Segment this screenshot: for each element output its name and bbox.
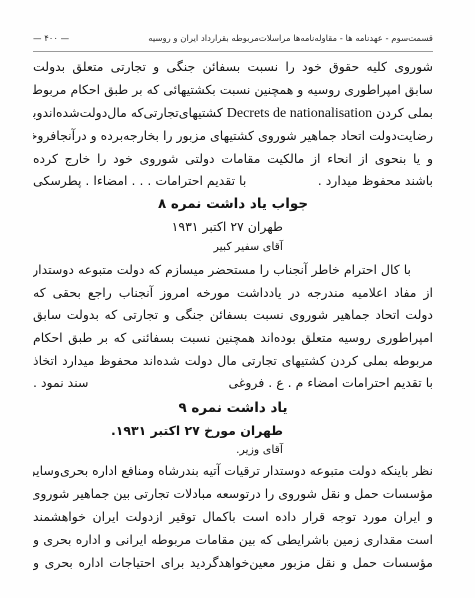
document-page: قسمت‌سوم - عهدنامه ها - مقاوله‌نامه‌ها م… <box>0 0 475 598</box>
body-line: سابق امپراطوری روسیه و همچنین نسبت بکشتی… <box>33 80 433 100</box>
body-text: باشند محفوظ میدارد . <box>318 171 433 191</box>
letter-date: طهران مورخ ۲۷ اکتبر ۱۹۳۱. <box>33 421 433 441</box>
body-line: شوروی کلیه حقوق خود را نسبت بسفائن جنگی … <box>33 57 433 77</box>
body-line: نظر باینکه دولت متبوعه دوستدار ترقیات آت… <box>33 461 433 481</box>
body-line: مؤسسات حمل و نقل شوروی را درتوسعه مبادلا… <box>33 484 433 504</box>
body-line: با کال احترام خاطر آنجناب را مستحضر میسا… <box>33 260 433 280</box>
running-title: قسمت‌سوم - عهدنامه ها - مقاوله‌نامه‌ها م… <box>148 34 433 44</box>
letter-date: طهران ۲۷ اکتبر ۱۹۳۱ <box>33 217 433 237</box>
body-line-nationalisation: بملی کردن Decrets de nationalisation کشت… <box>33 103 433 123</box>
page-number: — ۴۰۰ — <box>33 34 69 44</box>
body-line: و ایران مورد توجه قرار داده است باکمال ت… <box>33 507 433 527</box>
signature-line: با تقدیم احترامات امضاء م . ع . فروغی سن… <box>33 373 433 393</box>
body-line: و یا بنحوی از انحاء از مالکیت مقامات دول… <box>33 149 433 169</box>
body-line: دولت اتحاد جماهیر شوروی نسبت بسفائن جنگی… <box>33 305 433 325</box>
body-line: امپراطوری روسیه متعلق بوده‌اند همچنین نس… <box>33 328 433 348</box>
signature: با تقدیم احترامات امضاء م . ع . فروغی <box>228 373 433 393</box>
section-heading-8: جواب یاد داشت نمره ۸ <box>33 194 433 214</box>
running-header: قسمت‌سوم - عهدنامه ها - مقاوله‌نامه‌ها م… <box>33 34 433 48</box>
body-line: مربوطه بملی کردن کشتیهای تجارتی مال دولت… <box>33 351 433 371</box>
section-heading-9: یاد داشت نمره ۹ <box>33 398 433 418</box>
header-divider <box>33 51 433 52</box>
body-text: بملی کردن <box>376 105 433 120</box>
body-line: مؤسسات حمل و نقل مزبور معین‌خواهدگردید ب… <box>33 553 433 573</box>
french-term: Decrets de nationalisation <box>227 106 372 121</box>
body-text: کشتیهای‌تجارتی‌که مال‌دولت‌شده‌اندوبدون <box>33 105 223 120</box>
body-text: سند نمود . <box>33 373 88 393</box>
closing-courtesy: با تقدیم احترامات . . . <box>132 173 247 188</box>
signature-line: باشند محفوظ میدارد . با تقدیم احترامات .… <box>33 171 433 191</box>
body-line: است مقداری زمین باشرایطی که بین مقامات م… <box>33 530 433 550</box>
letter-addressee: آقای وزیر. <box>33 440 433 460</box>
body-line: از مفاد اعلامیه مندرجه در یادداشت مورخه … <box>33 283 433 303</box>
signature: امضاءا . پطرسکی <box>33 173 128 188</box>
body-line: رضایت‌دولت اتحاد جماهیر شوروی کشتیهای مز… <box>33 126 433 146</box>
letter-addressee: آقای سفیر کبیر <box>33 237 433 257</box>
